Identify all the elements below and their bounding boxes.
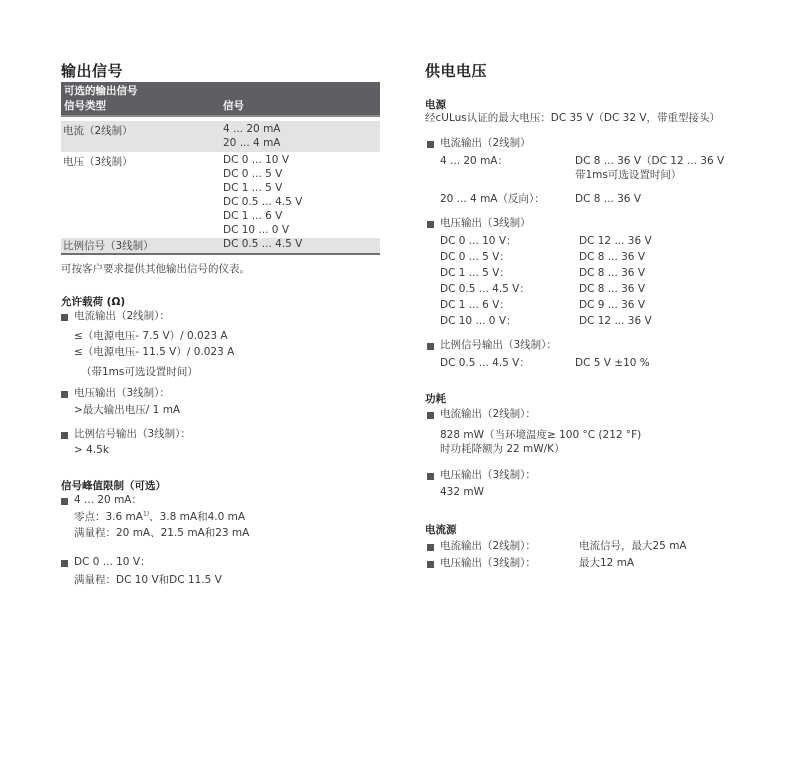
row-signal: 20 ... 4 mA <box>223 137 280 149</box>
peak-zero-text: 零点：3.6 mA <box>74 511 143 523</box>
consumption-voltage-value: 432 mW <box>440 485 484 500</box>
bullet-icon <box>427 561 434 568</box>
section-title-output-signal: 输出信号 <box>61 60 123 81</box>
row-signal: DC 0 ... 5 V <box>223 168 282 180</box>
supply-value: DC 8 ... 36 V <box>579 266 645 281</box>
voltage-output-label: 电压输出（3线制） <box>440 216 531 231</box>
supply-value: DC 8 ... 36 V <box>575 192 641 207</box>
row-signal: DC 0 ... 10 V <box>223 154 289 166</box>
row-signal: DC 0.5 ... 4.5 V <box>223 196 302 208</box>
consumption-current-line: 828 mW（当环境温度≥ 100 °C (212 °F) <box>440 428 641 443</box>
current-source-label: 电流输出（2线制）： <box>440 539 536 554</box>
ratio-output-label: 比例信号输出（3线制）： <box>440 338 557 353</box>
subsection-title-power-consumption: 功耗 <box>425 391 446 406</box>
output-signal-table: 可选的输出信号 信号类型 信号 电流（2线制） 4 ... 20 mA 20 .… <box>61 82 380 255</box>
current-source-label: 电压输出（3线制）： <box>440 556 536 571</box>
supply-signal: DC 1 ... 6 V： <box>440 298 510 313</box>
row-signal: DC 10 ... 0 V <box>223 224 289 236</box>
row-type: 电流（2线制） <box>63 123 133 138</box>
load-item-line: （带1ms可选设置时间） <box>81 365 198 380</box>
supply-value-note: 带1ms可选设置时间） <box>575 168 681 183</box>
section-title-supply-voltage: 供电电压 <box>425 60 487 81</box>
current-source-value: 电流信号，最大25 mA <box>579 539 687 554</box>
bullet-icon <box>427 221 434 228</box>
load-item-line: > 4.5k <box>74 443 109 458</box>
supply-value: DC 8 ... 36 V（DC 12 ... 36 V <box>575 154 724 169</box>
peak-item-label: 4 ... 20 mA： <box>74 493 142 508</box>
supply-value: DC 9 ... 36 V <box>579 298 645 313</box>
load-item-line: ≤（电源电压- 11.5 V）/ 0.023 A <box>74 345 234 360</box>
supply-signal: DC 1 ... 5 V： <box>440 266 510 281</box>
supply-value: DC 12 ... 36 V <box>579 314 652 329</box>
load-item-line: ≤（电源电压- 7.5 V）/ 0.023 A <box>74 329 228 344</box>
consumption-voltage-label: 电压输出（3线制）： <box>440 468 536 483</box>
load-item-label: 电压输出（3线制）： <box>74 386 170 401</box>
bullet-icon <box>61 314 68 321</box>
section-title-permissible-load: 允许载荷 (Ω) <box>61 294 125 309</box>
bullet-icon <box>427 343 434 350</box>
supply-signal: DC 0 ... 10 V： <box>440 234 517 249</box>
load-item-label: 比例信号输出（3线制）： <box>74 427 191 442</box>
peak-zero-point: 零点：3.6 mA1)、3.8 mA和4.0 mA <box>74 510 245 525</box>
peak-full-scale: 满量程：20 mA、21.5 mA和23 mA <box>74 526 249 541</box>
supply-value: DC 12 ... 36 V <box>579 234 652 249</box>
bullet-icon <box>61 498 68 505</box>
supply-signal: DC 0.5 ... 4.5 V： <box>440 282 530 297</box>
supply-signal: DC 0.5 ... 4.5 V： <box>440 356 530 371</box>
supply-value: DC 8 ... 36 V <box>579 282 645 297</box>
table-row: 比例信号（3线制） DC 0.5 ... 4.5 V <box>61 238 380 253</box>
table-header: 可选的输出信号 信号类型 信号 <box>61 82 380 117</box>
column-header-type: 信号类型 <box>64 98 106 113</box>
peak-full-scale: 满量程：DC 10 V和DC 11.5 V <box>74 573 222 588</box>
current-source-value: 最大12 mA <box>579 556 634 571</box>
bullet-icon <box>61 391 68 398</box>
table-caption: 可选的输出信号 <box>64 83 138 98</box>
row-type: 比例信号（3线制） <box>63 238 154 253</box>
table-row: 电流（2线制） 4 ... 20 mA 20 ... 4 mA <box>61 121 380 152</box>
table-bottom-rule <box>61 253 380 255</box>
row-signal: 4 ... 20 mA <box>223 123 280 135</box>
bullet-icon <box>427 544 434 551</box>
consumption-current-line: 时功耗降额为 22 mW/K） <box>440 442 565 457</box>
row-signal: DC 0.5 ... 4.5 V <box>223 238 302 250</box>
column-header-signal: 信号 <box>223 98 244 113</box>
supply-signal: DC 0 ... 5 V： <box>440 250 510 265</box>
bullet-icon <box>427 141 434 148</box>
supply-signal: 4 ... 20 mA： <box>440 154 508 169</box>
supply-value: DC 5 V ±10 % <box>575 356 650 371</box>
peak-item-label: DC 0 ... 10 V： <box>74 555 151 570</box>
bullet-icon <box>61 432 68 439</box>
row-type: 电压（3线制） <box>63 154 133 169</box>
output-signal-note: 可按客户要求提供其他输出信号的仪表。 <box>61 262 250 277</box>
supply-signal: 20 ... 4 mA（反向）： <box>440 192 545 207</box>
bullet-icon <box>427 412 434 419</box>
peak-zero-text-suffix: 、3.8 mA和4.0 mA <box>149 511 245 523</box>
section-title-signal-peak: 信号峰值限制（可选） <box>61 478 166 493</box>
culus-max-voltage: 经cULus认证的最大电压：DC 35 V（DC 32 V，带重型接头） <box>425 111 720 126</box>
load-item-line: >最大输出电压/ 1 mA <box>74 403 180 418</box>
row-signal: DC 1 ... 6 V <box>223 210 282 222</box>
bullet-icon <box>427 473 434 480</box>
supply-value: DC 8 ... 36 V <box>579 250 645 265</box>
subsection-title-current-source: 电流源 <box>425 522 457 537</box>
load-item-label: 电流输出（2线制）： <box>74 309 170 324</box>
current-output-label: 电流输出（2线制） <box>440 136 531 151</box>
subsection-title-power-source: 电源 <box>425 97 446 112</box>
bullet-icon <box>61 560 68 567</box>
table-row: 电压（3线制） DC 0 ... 10 V DC 0 ... 5 V DC 1 … <box>61 152 380 238</box>
consumption-current-label: 电流输出（2线制）： <box>440 407 536 422</box>
row-signal: DC 1 ... 5 V <box>223 182 282 194</box>
supply-signal: DC 10 ... 0 V： <box>440 314 517 329</box>
